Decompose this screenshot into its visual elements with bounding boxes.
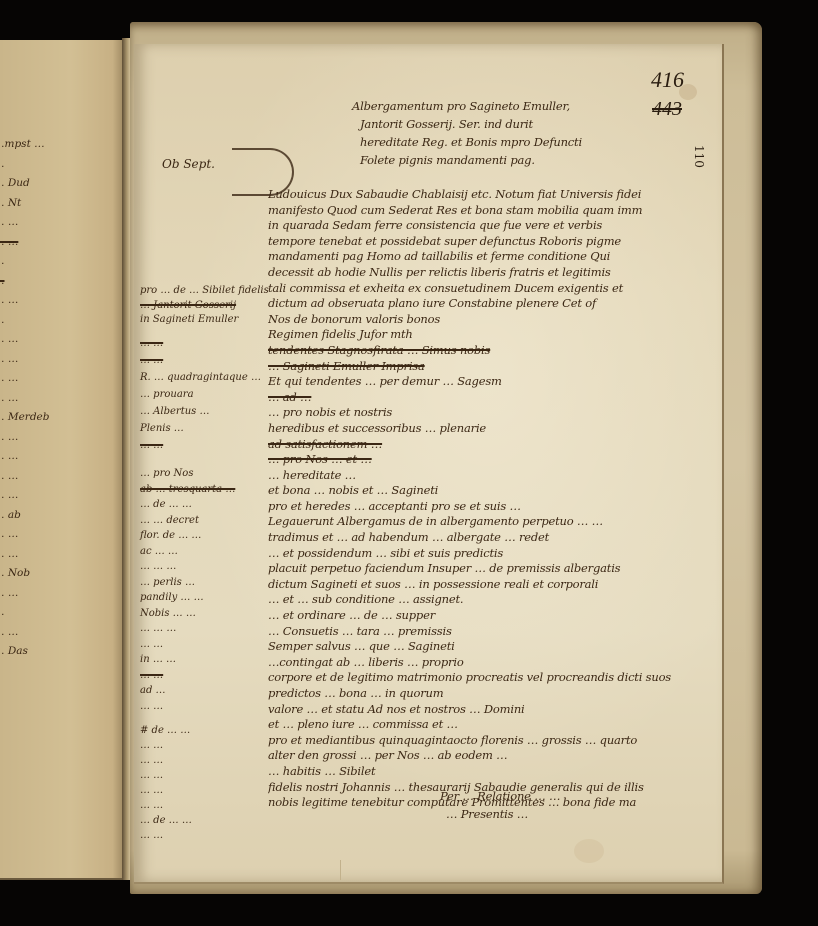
struck-left-line: R. … quadragintaque …	[140, 369, 261, 386]
body-lines-line: … pro nobis et nostris	[268, 405, 718, 421]
body-lines-line: tendentes Stagnosfirata … Simus nobis	[268, 343, 718, 359]
margin-note-struck: … …… …R. … quadragintaque …… prouara… Al…	[140, 335, 261, 454]
lower-left-line: ac … …	[140, 544, 235, 560]
heading-line: hereditate Reg. et Bonis mpro Defuncti	[352, 133, 582, 151]
body-text: Ludouicus Dux Sabaudie Chablaisij etc. N…	[268, 187, 718, 811]
facing-lines-line: … …	[0, 213, 114, 233]
facing-lines-line: … …	[0, 330, 114, 350]
lower-left-line: … … …	[140, 559, 235, 575]
opening-note: Ob Sept.	[162, 157, 215, 171]
facing-lines-line: … …	[0, 291, 114, 311]
body-lines-line: decessit ab hodie Nullis per relictis li…	[268, 265, 718, 281]
body-lines-line: heredibus et successoribus … plenarie	[268, 421, 718, 437]
bottom-left-line: … …	[140, 738, 192, 753]
body-lines-line: … ad …	[268, 390, 718, 406]
facing-lines-line: …	[0, 603, 114, 623]
facing-lines-line: … …	[0, 233, 114, 253]
lower-left-line: flor. de … …	[140, 528, 235, 544]
facing-lines-line: … …	[0, 369, 114, 389]
body-lines-line: valore … et statu Ad nos et nostros … Do…	[268, 702, 718, 718]
lower-left-line: … …	[140, 699, 235, 715]
page-fold	[340, 860, 341, 880]
bottom-left-line: … …	[140, 768, 192, 783]
bottom-left-line: … …	[140, 783, 192, 798]
facing-lines-line: …mpst …	[0, 135, 114, 155]
facing-lines-line: … Nob	[0, 564, 114, 584]
facing-lines-line: … …	[0, 486, 114, 506]
facing-lines-line: … Merdeb	[0, 408, 114, 428]
margin-note-bottom: # de … …… …… …… …… …… …… de … …… …	[140, 723, 192, 843]
margin-note-grant: pro … de … Sibilet fidelis … Jantorit Go…	[140, 284, 269, 328]
body-lines-line: pro et mediantibus quinquagintaocto flor…	[268, 733, 718, 749]
body-lines-line: Semper salvus … que … Sagineti	[268, 639, 718, 655]
heading-line: Albergamentum pro Sagineto Emuller,	[352, 97, 582, 115]
body-lines-line: corpore et de legitimo matrimonio procre…	[268, 670, 718, 686]
facing-lines-line: …	[0, 252, 114, 272]
bottom-left-line: … …	[140, 828, 192, 843]
heading-line: Folete pignis mandamenti pag.	[352, 151, 582, 169]
margin-line: in Sagineti Emuller	[140, 313, 269, 328]
heading-line: Jantorit Gosserij. Ser. ind durit	[352, 115, 582, 133]
lower-left-line: … de … …	[140, 497, 235, 513]
lower-left-line: … perlis …	[140, 575, 235, 591]
facing-lines-line: … …	[0, 350, 114, 370]
body-lines-line: … et … sub conditione … assignet.	[268, 592, 718, 608]
body-lines-line: … Consuetis … tara … premissis	[268, 624, 718, 640]
margin-note-lower: … pro Nosab … tresquarta …… de … …… … de…	[140, 466, 235, 714]
bottom-left-line: … …	[140, 798, 192, 813]
lower-left-line: … …	[140, 637, 235, 653]
signature-line: … Presentis …	[440, 805, 560, 823]
body-lines-line: ad satisfactionem …	[268, 437, 718, 453]
body-lines-line: Nos de bonorum valoris bonos	[268, 312, 718, 328]
facing-lines-line: … ab	[0, 506, 114, 526]
body-lines-line: dictum ad obseruata plano iure Constabin…	[268, 296, 718, 312]
signature-block: Per … Relatione … … … Presentis …	[440, 787, 560, 823]
body-lines-line: Et qui tendentes … per demur … Sagesm	[268, 374, 718, 390]
body-lines-line: …contingat ab … liberis … proprio	[268, 655, 718, 671]
body-lines-line: predictos … bona … in quorum	[268, 686, 718, 702]
body-lines-line: manifesto Quod cum Sederat Res et bona s…	[268, 203, 718, 219]
struck-left-line: Plenis …	[140, 420, 261, 437]
struck-left-line: … prouara	[140, 386, 261, 403]
body-lines-line: Ludouicus Dux Sabaudie Chablaisij etc. N…	[268, 187, 718, 203]
lower-left-line: … …	[140, 668, 235, 684]
facing-lines-line: …	[0, 272, 114, 292]
struck-left-line: … …	[140, 335, 261, 352]
facing-page: …mpst ……… Dud… Nt… …… ………… ……… …… …… …… …	[0, 40, 128, 880]
struck-left-line: … …	[140, 437, 261, 454]
lower-left-line: … … …	[140, 621, 235, 637]
body-lines-line: placuit perpetuo faciendum Insuper … de …	[268, 561, 718, 577]
body-lines-line: tradimus et … ad habendum … albergate … …	[268, 530, 718, 546]
facing-lines-line: … …	[0, 467, 114, 487]
lower-left-line: pandily … …	[140, 590, 235, 606]
facing-lines-line: … Nt	[0, 194, 114, 214]
facing-lines-line: … …	[0, 545, 114, 565]
facing-lines-line: …	[0, 311, 114, 331]
lower-left-line: in … …	[140, 652, 235, 668]
facing-lines-line: …	[0, 155, 114, 175]
struck-left-line: … Albertus …	[140, 403, 261, 420]
facing-lines-line: … Das	[0, 642, 114, 662]
margin-line: … Jantorit Gosserij	[140, 299, 269, 314]
body-lines-line: … hereditate …	[268, 468, 718, 484]
body-lines-line: alter den grossi … per Nos … ab eodem …	[268, 748, 718, 764]
body-lines-line: mandamenti pag Homo ad taillabilis et fe…	[268, 249, 718, 265]
struck-left-line: … …	[140, 352, 261, 369]
facing-lines-line: … Dud	[0, 174, 114, 194]
folio-number: 416	[651, 67, 684, 93]
lower-left-line: ab … tresquarta …	[140, 482, 235, 498]
facing-lines-line: … …	[0, 428, 114, 448]
body-lines-line: … Sagineti Emuller Imprisa	[268, 359, 718, 375]
body-lines-line: Regimen fidelis Jufor mth	[268, 327, 718, 343]
lower-left-line: … pro Nos	[140, 466, 235, 482]
body-lines-line: in quarada Sedam ferre consistencia que …	[268, 218, 718, 234]
body-lines-line: … et ordinare … de … supper	[268, 608, 718, 624]
lower-left-line: … … decret	[140, 513, 235, 529]
facing-lines-line: … …	[0, 623, 114, 643]
bottom-left-line: … de … …	[140, 813, 192, 828]
stain	[574, 839, 604, 863]
body-lines-line: et … pleno iure … commissa et …	[268, 717, 718, 733]
facing-lines-line: … …	[0, 525, 114, 545]
struck-folio-number: 443	[652, 98, 682, 121]
heading-block: Albergamentum pro Sagineto Emuller, Jant…	[352, 97, 582, 169]
body-lines-line: dictum Sagineti et suos … in possessione…	[268, 577, 718, 593]
body-lines-line: … et possidendum … sibi et suis predicti…	[268, 546, 718, 562]
bottom-left-line: … …	[140, 753, 192, 768]
body-lines-line: … habitis … Sibilet	[268, 764, 718, 780]
bottom-left-line: # de … …	[140, 723, 192, 738]
body-lines-line: tempore tenebat et possidebat super defu…	[268, 234, 718, 250]
side-number: 110	[692, 145, 706, 168]
facing-lines-line: … …	[0, 584, 114, 604]
body-lines-line: Legauerunt Albergamus de in albergamento…	[268, 514, 718, 530]
body-lines-line: tali commissa et exheita ex consuetudine…	[268, 281, 718, 297]
signature-line: Per … Relatione … …	[440, 787, 560, 805]
facing-lines-line: … …	[0, 447, 114, 467]
lower-left-line: Nobis … …	[140, 606, 235, 622]
body-lines-line: … pro Nos … et …	[268, 452, 718, 468]
facing-page-text: …mpst ……… Dud… Nt… …… ………… ……… …… …… …… …	[0, 135, 114, 662]
body-lines-line: pro et heredes … acceptanti pro se et su…	[268, 499, 718, 515]
margin-line: pro … de … Sibilet fidelis	[140, 284, 269, 299]
facing-lines-line: … …	[0, 389, 114, 409]
lower-left-line: ad …	[140, 683, 235, 699]
body-lines-line: et bona … nobis et … Sagineti	[268, 483, 718, 499]
